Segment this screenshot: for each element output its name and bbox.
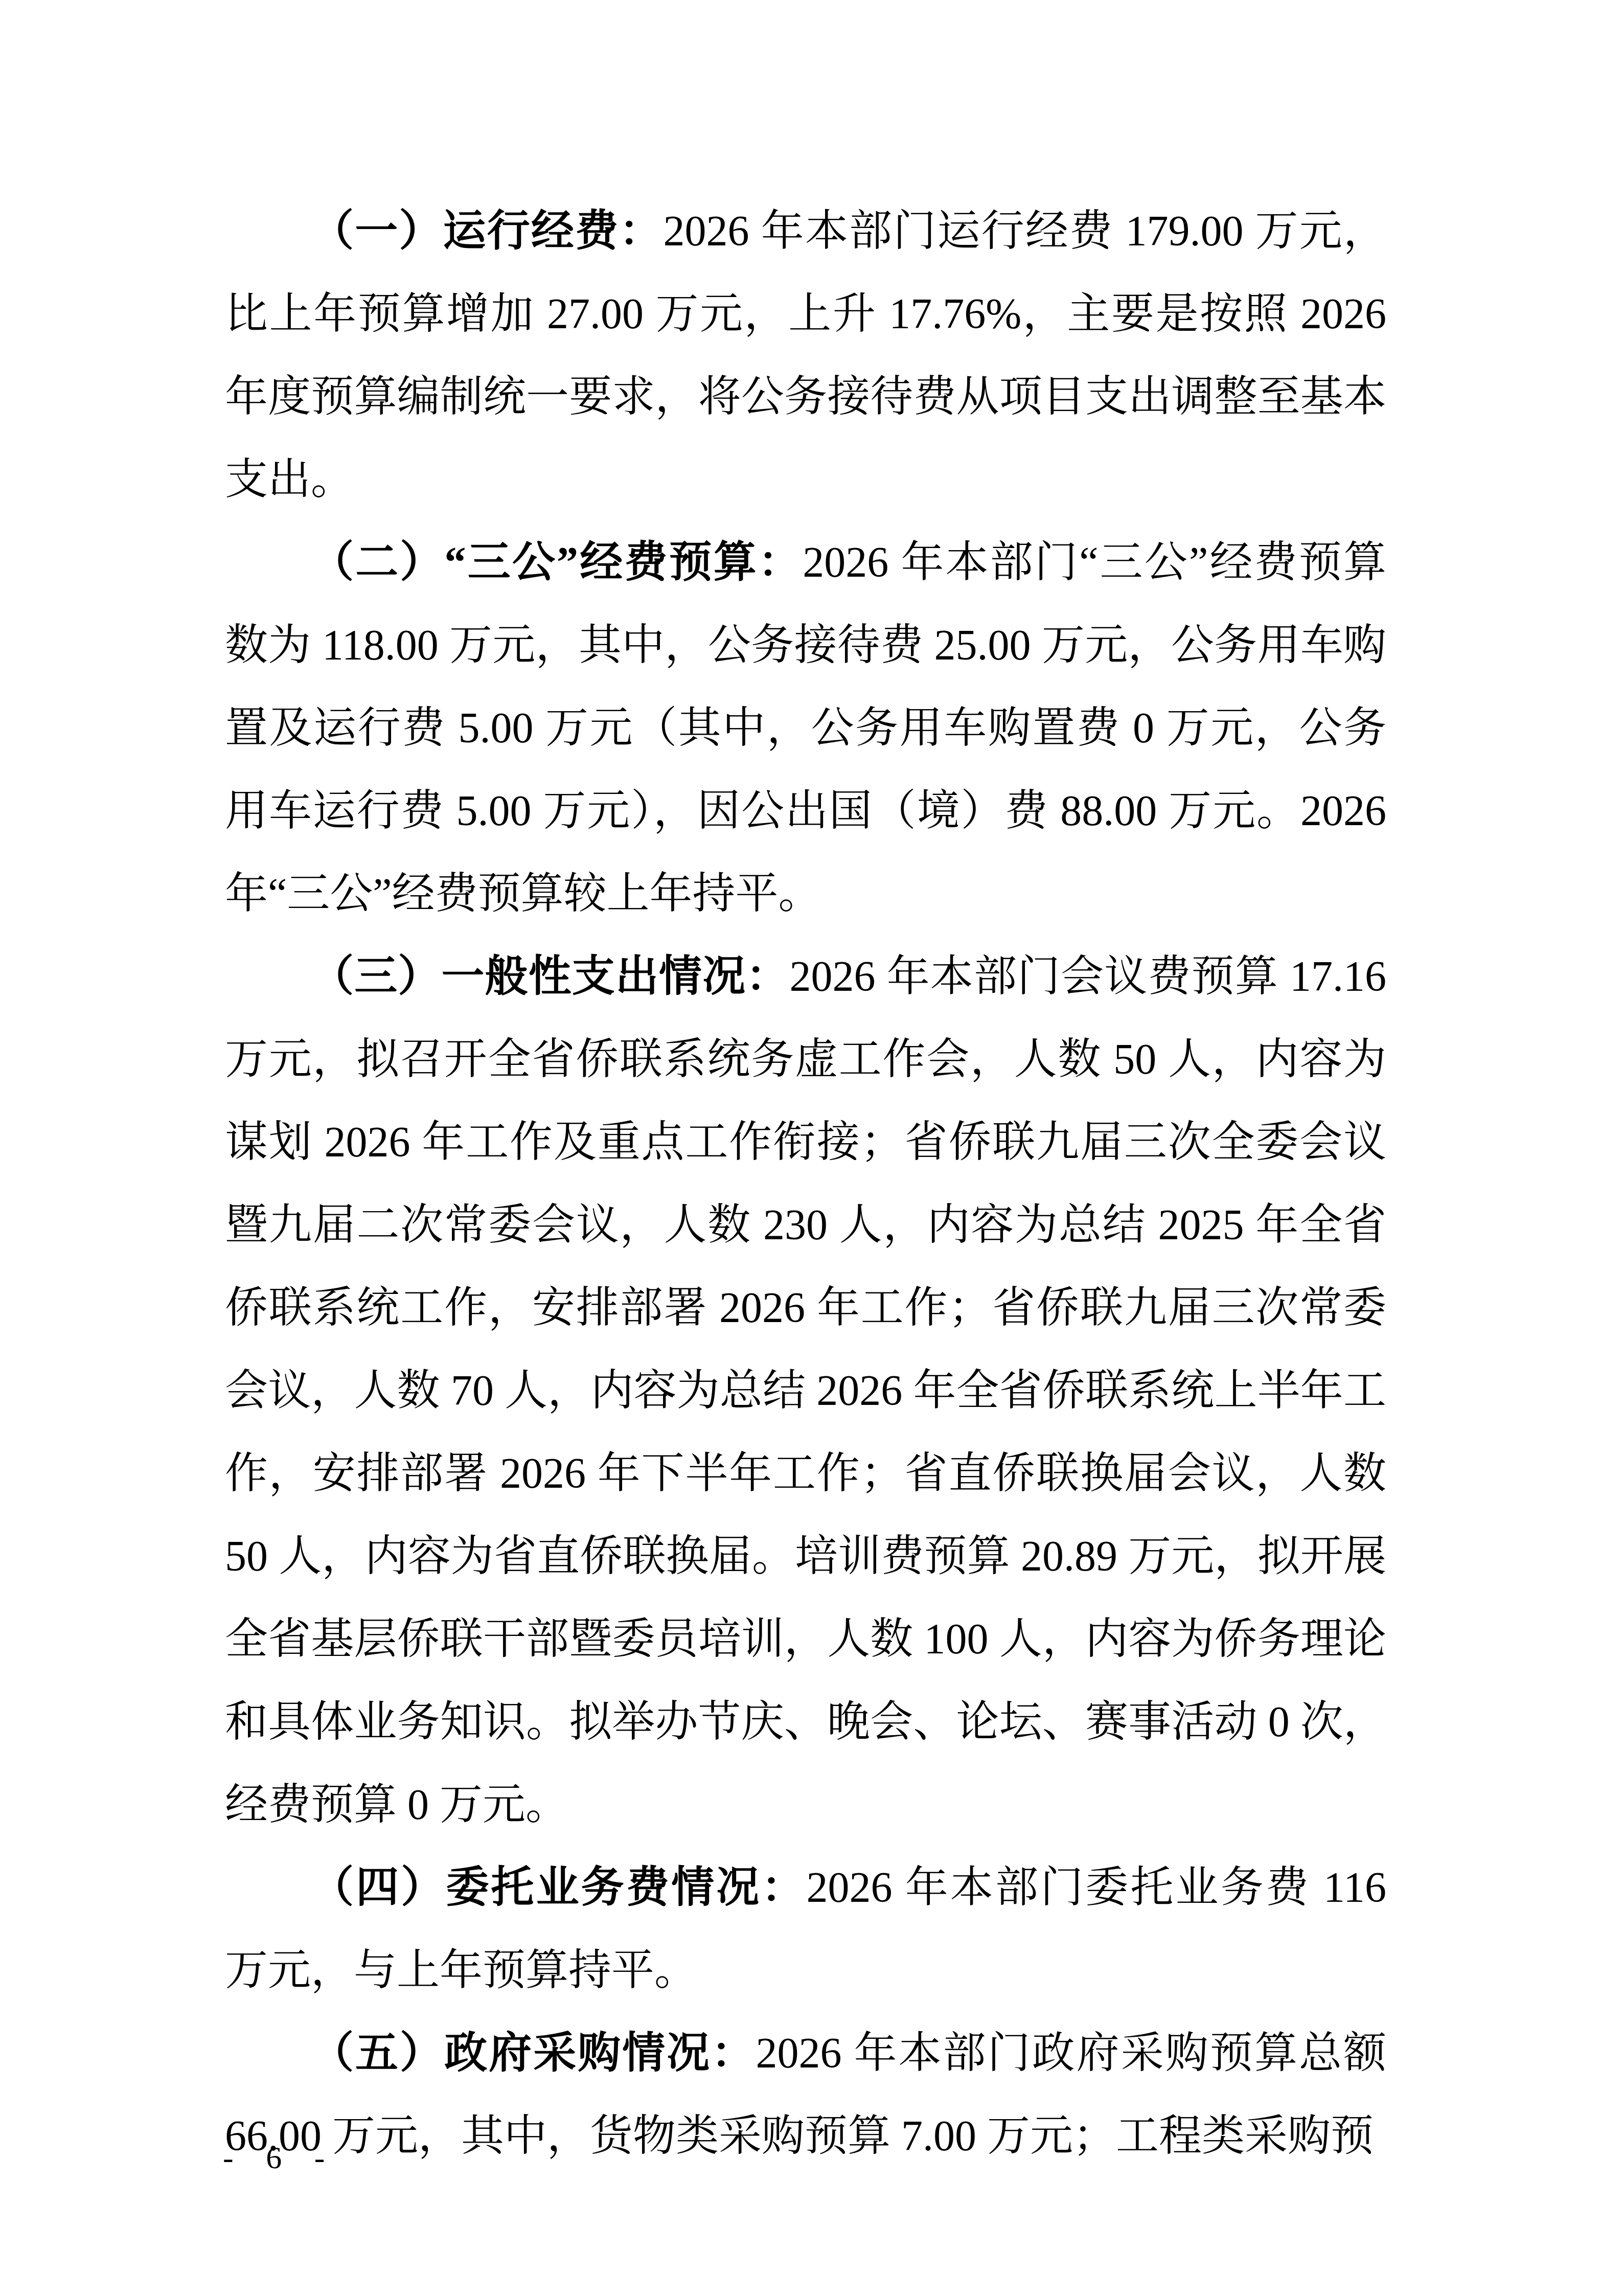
paragraph-body: 2026 年本部门“三公”经费预算数为 118.00 万元，其中，公务接待费 2… <box>225 539 1386 918</box>
paragraph-heading: （四）委托业务费情况： <box>311 1864 807 1912</box>
paragraph-entrusted-business-fees: （四）委托业务费情况：2026 年本部门委托业务费 116 万元，与上年预算持平… <box>225 1847 1386 2012</box>
paragraph-body: 2026 年本部门会议费预算 17.16 万元，拟召开全省侨联系统务虚工作会，人… <box>225 953 1386 1829</box>
paragraph-heading: （一）运行经费： <box>311 208 664 255</box>
paragraph-heading: （五）政府采购情况： <box>311 2030 756 2077</box>
paragraph-heading: （三）一般性支出情况： <box>311 953 790 1001</box>
paragraph-general-expenditure: （三）一般性支出情况：2026 年本部门会议费预算 17.16 万元，拟召开全省… <box>225 936 1386 1847</box>
page-number: - 6 - <box>223 2140 334 2176</box>
paragraph-heading: （二）“三公”经费预算： <box>311 539 803 586</box>
paragraph-government-procurement: （五）政府采购情况：2026 年本部门政府采购预算总额 66.00 万元，其中，… <box>225 2012 1386 2178</box>
paragraph-operating-expenses: （一）运行经费：2026 年本部门运行经费 179.00 万元，比上年预算增加 … <box>225 190 1386 521</box>
paragraph-three-public-budget: （二）“三公”经费预算：2026 年本部门“三公”经费预算数为 118.00 万… <box>225 521 1386 936</box>
document-page: （一）运行经费：2026 年本部门运行经费 179.00 万元，比上年预算增加 … <box>0 0 1623 2296</box>
document-body: （一）运行经费：2026 年本部门运行经费 179.00 万元，比上年预算增加 … <box>225 190 1386 2178</box>
